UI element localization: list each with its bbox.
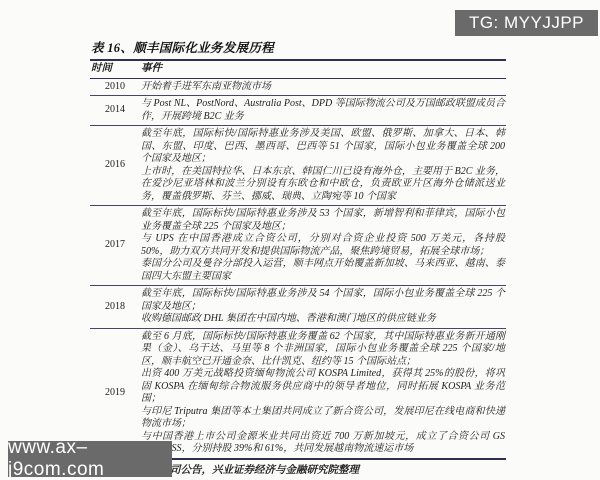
event-paragraph: 出资 400 万美元战略投资缅甸物流公司 KOSPA Limited，获得其 2… bbox=[141, 368, 505, 406]
tg-watermark-badge: TG: MYYJJPP bbox=[455, 10, 598, 36]
header-row: 时间 事件 bbox=[90, 60, 506, 78]
event-cell: 截至年底，国际标快/国际特惠业务涉及 54 个国家，国际小包业务覆盖全球 225… bbox=[140, 286, 506, 329]
table-row: 2016 截至年底，国际标快/国际特惠业务涉及美国、欧盟、俄罗斯、加拿大、日本、… bbox=[90, 126, 506, 206]
event-cell: 开始着手进军东南亚物流市场 bbox=[140, 78, 506, 96]
event-cell: 截至 6 月底，国际标快/国际特惠业务覆盖 62 个国家，其中国际特惠业务新开通… bbox=[140, 328, 506, 459]
year-cell: 2017 bbox=[90, 206, 140, 286]
event-paragraph: 截至年底，国际标快/国际特惠业务涉及 53 个国家，新增智利和菲律宾，国际小包业… bbox=[141, 208, 505, 233]
event-cell: 截至年底，国际标快/国际特惠业务涉及 53 个国家，新增智利和菲律宾，国际小包业… bbox=[140, 206, 506, 286]
event-paragraph: 与 UPS 在中国香港成立合资公司，分别对合资企业投资 500 万美元，各持股 … bbox=[141, 233, 505, 258]
table-title: 表 16、顺丰国际化业务发展历程 bbox=[90, 36, 506, 59]
table-row: 2010 开始着手进军东南亚物流市场 bbox=[90, 78, 506, 96]
event-cell: 与 Post NL、PostNord、Australia Post、DPD 等国… bbox=[140, 96, 506, 126]
history-table: 时间 事件 2010 开始着手进军东南亚物流市场 2014 与 Post NL、… bbox=[90, 59, 506, 460]
event-cell: 截至年底，国际标快/国际特惠业务涉及美国、欧盟、俄罗斯、加拿大、日本、韩国、东盟… bbox=[140, 126, 506, 206]
event-paragraph: 与印尼 Triputra 集团等本土集团共同成立了新合资公司，发展印尼在线电商和… bbox=[141, 406, 505, 431]
column-header-time: 时间 bbox=[90, 60, 140, 78]
year-cell: 2016 bbox=[90, 126, 140, 206]
table-row: 2017 截至年底，国际标快/国际特惠业务涉及 53 个国家，新增智利和菲律宾，… bbox=[90, 206, 506, 286]
table-row: 2014 与 Post NL、PostNord、Australia Post、D… bbox=[90, 96, 506, 126]
column-header-event: 事件 bbox=[140, 60, 506, 78]
year-cell: 2018 bbox=[90, 286, 140, 329]
event-paragraph: 泰国分公司及曼谷分部投入运营，顺丰网点开始覆盖新加坡、马来西亚、越南、泰国四大东… bbox=[141, 258, 505, 283]
event-paragraph: 开始着手进军东南亚物流市场 bbox=[141, 81, 505, 94]
report-table-section: 表 16、顺丰国际化业务发展历程 时间 事件 2010 开始着手进军东南亚物流市… bbox=[90, 36, 506, 477]
year-cell: 2010 bbox=[90, 78, 140, 96]
event-paragraph: 与中国香港上市公司金源米业共同出资近 700 万新加坡元，成立了合资公司 GS … bbox=[141, 431, 505, 456]
event-paragraph: 截至 6 月底，国际标快/国际特惠业务覆盖 62 个国家，其中国际特惠业务新开通… bbox=[141, 331, 505, 369]
event-paragraph: 截至年底，国际标快/国际特惠业务涉及 54 个国家，国际小包业务覆盖全球 225… bbox=[141, 288, 505, 313]
table-row: 2018 截至年底，国际标快/国际特惠业务涉及 54 个国家，国际小包业务覆盖全… bbox=[90, 286, 506, 329]
event-paragraph: 收购德国邮政 DHL 集团在中国内地、香港和澳门地区的供应链业务 bbox=[141, 313, 505, 326]
site-watermark-badge: www.ax–j9com.com bbox=[8, 441, 172, 477]
event-paragraph: 截至年底，国际标快/国际特惠业务涉及美国、欧盟、俄罗斯、加拿大、日本、韩国、东盟… bbox=[141, 128, 505, 166]
year-cell: 2014 bbox=[90, 96, 140, 126]
event-paragraph: 与 Post NL、PostNord、Australia Post、DPD 等国… bbox=[141, 98, 505, 123]
event-paragraph: 上市时，在美国特拉华、日本东京、韩国仁川已设有海外仓，主要用于 B2C 业务，在… bbox=[141, 166, 505, 204]
